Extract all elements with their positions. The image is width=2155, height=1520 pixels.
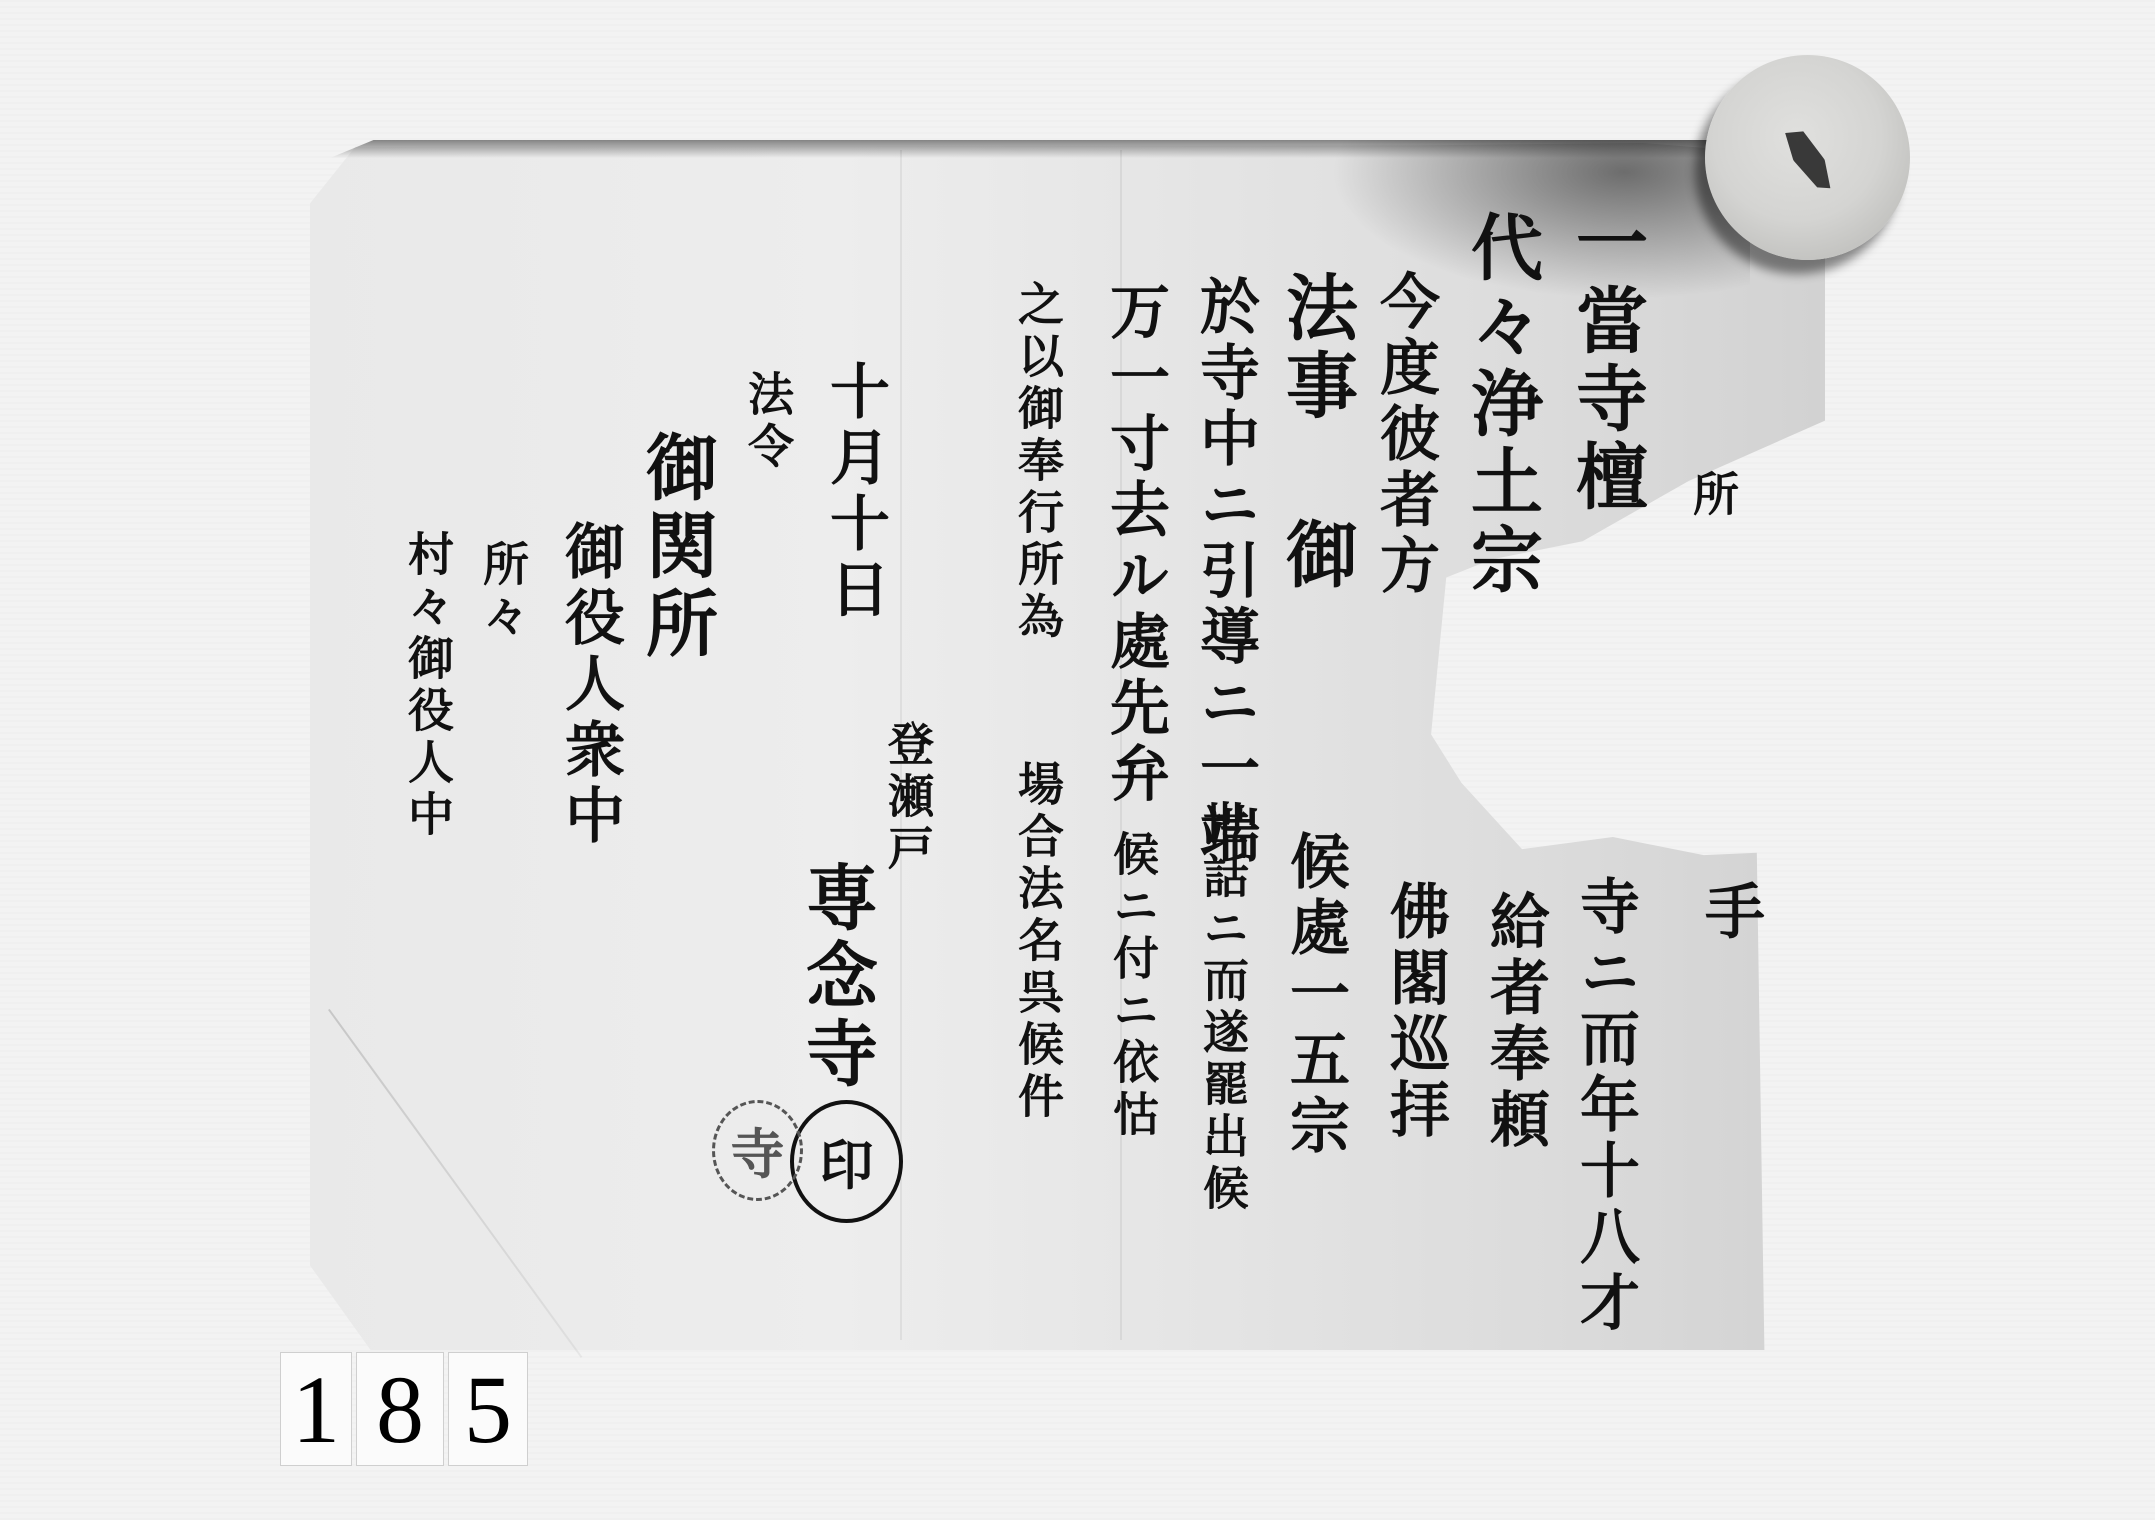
text-column-12-lower: 手 [1700, 880, 1760, 946]
sender-place: 登瀬戸 [885, 720, 931, 876]
addressee-checkpoint: 御関所 [640, 430, 712, 664]
text-fragment-1: 世話ニ而遂罷出候 [1200, 800, 1246, 1216]
text-fragment-3: 場合法名呉候件 [1015, 760, 1061, 1124]
text-column-11-lower: 寺ニ而年十八才 [1575, 875, 1635, 1337]
sender-name: 専念寺 [800, 860, 872, 1094]
seal-stamp: 印 [790, 1100, 903, 1223]
addressee-village-officials: 村々御役人中 [405, 530, 451, 842]
text-column-10-lower: 給者奉頼 [1485, 890, 1545, 1154]
addressee-officials: 御役人衆中 [560, 520, 620, 850]
faint-seal-stamp: 寺 [712, 1100, 803, 1201]
text-column-1: 一當寺檀 [1570, 205, 1642, 517]
archive-number-digit-3: 5 [448, 1352, 528, 1466]
text-column-4: 法事 御 [1280, 270, 1352, 595]
date: 十月十日 [825, 360, 885, 624]
archive-number-digit-2: 8 [356, 1352, 444, 1466]
text-column-3: 今度彼者方 [1375, 270, 1435, 600]
text-column-9-lower: 佛閣巡拝 [1385, 880, 1445, 1144]
text-column-8-lower: 候處一五宗 [1285, 830, 1345, 1160]
text-column-7: 之以御奉行所為 [1015, 280, 1061, 644]
torn-edge-character: 所 [1690, 470, 1736, 522]
addressee-prefix: 法令 [745, 370, 791, 474]
text-fragment-2: 候ニ付ニ依怙 [1110, 830, 1156, 1142]
text-column-6: 万一寸去ル處先弁 [1105, 280, 1165, 808]
archive-number-digit-1: 1 [280, 1352, 352, 1466]
addressee-places: 所々 [480, 540, 526, 644]
text-column-5: 於寺中ニ引導ニ一端 [1195, 275, 1255, 869]
text-column-2: 代々浄土宗 [1465, 210, 1537, 600]
